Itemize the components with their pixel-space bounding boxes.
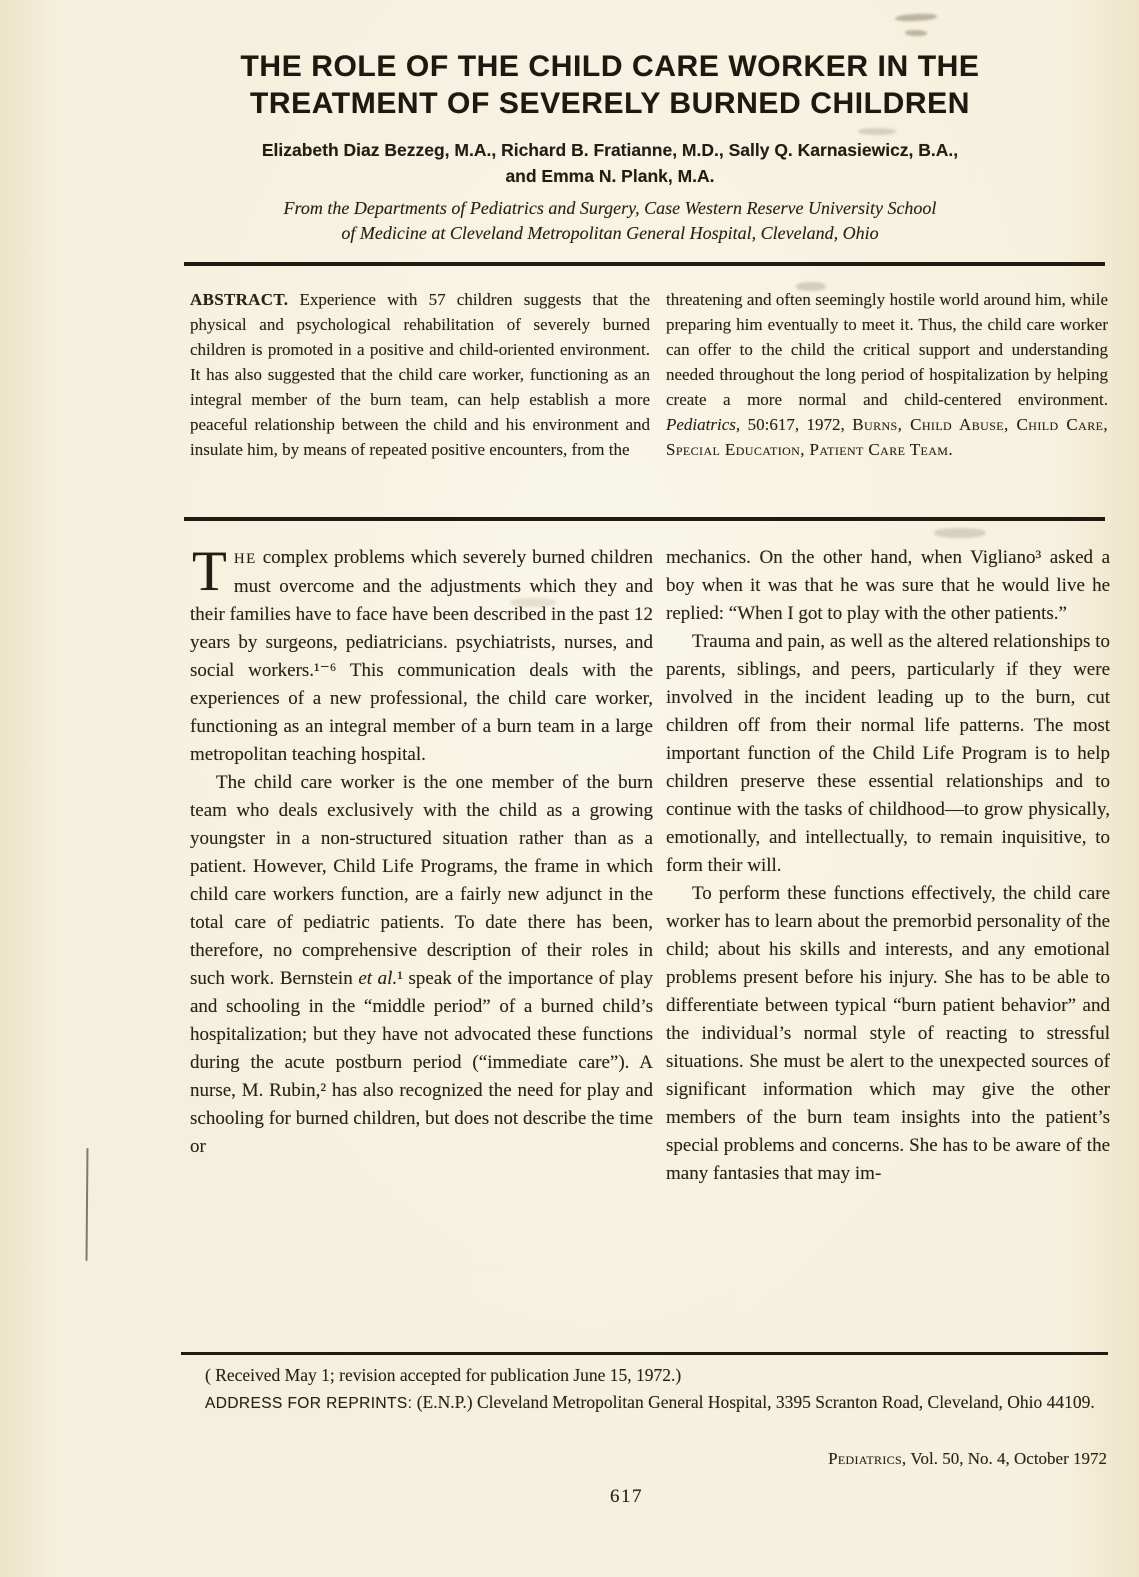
scan-stray-line xyxy=(86,1148,89,1261)
journal-citation-detail: 50:617, 1972, xyxy=(740,415,852,434)
paper-page: THE ROLE OF THE CHILD CARE WORKER IN THE… xyxy=(0,0,1139,1577)
received-note: ( Received May 1; revision accepted for … xyxy=(192,1362,1108,1389)
reprints-text: (E.N.P.) Cleveland Metropolitan General … xyxy=(412,1392,1094,1412)
body-right-column: mechanics. On the other hand, when Vigli… xyxy=(666,544,1110,1188)
authors-line1: Elizabeth Diaz Bezzeg, M.A., Richard B. … xyxy=(150,137,1070,163)
article-header: THE ROLE OF THE CHILD CARE WORKER IN THE… xyxy=(150,48,1070,246)
scan-smudge xyxy=(895,13,937,22)
page-number: 617 xyxy=(610,1486,643,1508)
paragraph-intro-text: complex problems which severely burned c… xyxy=(190,547,653,765)
authors-line2: and Emma N. Plank, M.A. xyxy=(150,163,1070,189)
paragraph-text: The child care worker is the one member … xyxy=(190,772,653,989)
paragraph-functions: To perform these functions effectively, … xyxy=(666,880,1110,1188)
affiliation-line2: of Medicine at Cleveland Metropolitan Ge… xyxy=(150,221,1070,246)
journal-name: Pediatrics, xyxy=(828,1449,906,1468)
abstract-section: ABSTRACT. Experience with 57 children su… xyxy=(190,287,1108,462)
abstract-right-text: threatening and often seemingly hostile … xyxy=(666,290,1108,409)
author-list: Elizabeth Diaz Bezzeg, M.A., Richard B. … xyxy=(150,137,1070,189)
reprints-note: ADDRESS FOR REPRINTS: (E.N.P.) Cleveland… xyxy=(192,1389,1108,1417)
abstract-left-column: ABSTRACT. Experience with 57 children su… xyxy=(190,287,650,462)
journal-line: Pediatrics, Vol. 50, No. 4, October 1972 xyxy=(190,1449,1107,1469)
article-title-line2: TREATMENT OF SEVERELY BURNED CHILDREN xyxy=(150,85,1070,122)
affiliation-line1: From the Departments of Pediatrics and S… xyxy=(150,196,1070,221)
abstract-label: ABSTRACT. xyxy=(190,290,288,309)
paragraph-text: speak of the importance of play and scho… xyxy=(190,968,653,1157)
article-body: THE complex problems which severely burn… xyxy=(190,544,1110,1188)
abstract-right-column: threatening and often seemingly hostile … xyxy=(666,287,1108,462)
drop-cap: T xyxy=(190,544,234,594)
scan-smudge xyxy=(934,528,986,538)
divider-rule-abstract xyxy=(184,517,1105,521)
body-left-column: THE complex problems which severely burn… xyxy=(190,544,653,1188)
journal-volume-info: Vol. 50, No. 4, October 1972 xyxy=(906,1449,1107,1468)
paragraph-childcare: The child care worker is the one member … xyxy=(190,769,653,1161)
paragraph-intro: THE complex problems which severely burn… xyxy=(190,544,653,769)
divider-rule-top xyxy=(184,262,1105,266)
journal-citation-name: Pediatrics, xyxy=(666,415,740,434)
paragraph-mechanics: mechanics. On the other hand, when Vigli… xyxy=(666,544,1110,628)
paragraph-trauma: Trauma and pain, as well as the altered … xyxy=(666,628,1110,880)
scan-smudge xyxy=(905,30,927,37)
footnote-rule xyxy=(181,1352,1108,1355)
affiliation: From the Departments of Pediatrics and S… xyxy=(150,196,1070,246)
article-title-line1: THE ROLE OF THE CHILD CARE WORKER IN THE xyxy=(150,48,1070,85)
reprints-label: ADDRESS FOR REPRINTS: xyxy=(205,1395,412,1412)
abstract-left-text: Experience with 57 children suggests tha… xyxy=(190,290,650,459)
etal-italic: et al. xyxy=(358,968,397,989)
lead-caps: HE xyxy=(234,551,257,567)
footnote-block: ( Received May 1; revision accepted for … xyxy=(192,1362,1108,1417)
